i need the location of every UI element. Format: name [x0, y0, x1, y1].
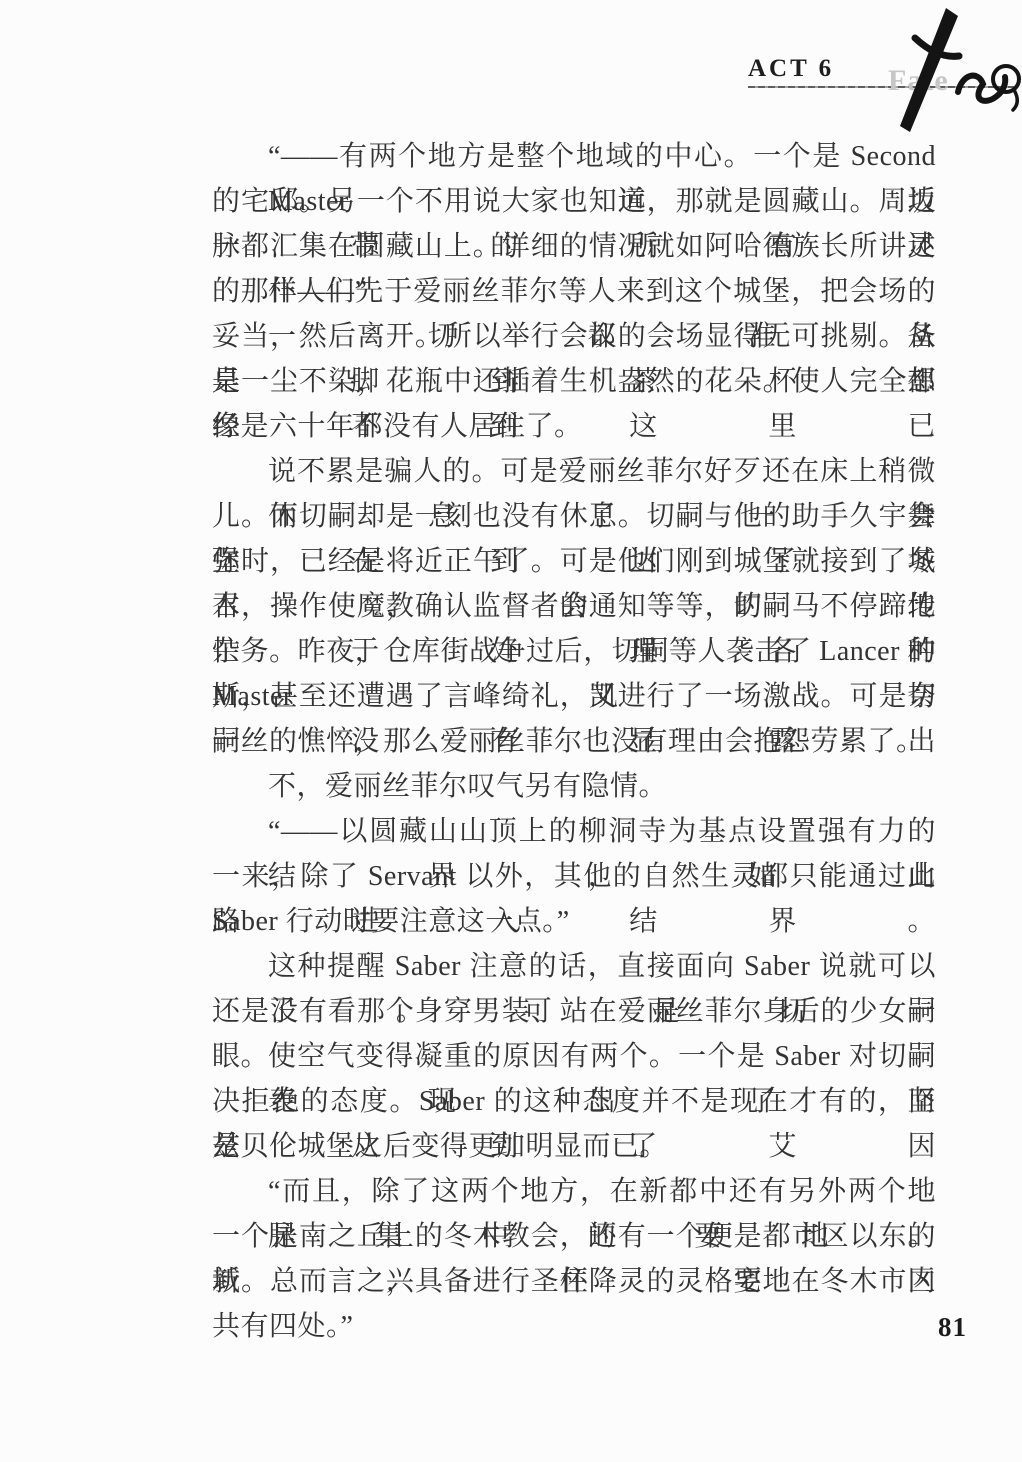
- body-text: “——有两个地方是整个地域的中心。一个是 Second Master 远坂的宅邸…: [212, 134, 936, 1304]
- text-line: 说不累是骗人的。可是爱丽丝菲尔好歹还在床上稍微休息了一会: [212, 449, 936, 494]
- page-number: 81: [938, 1312, 967, 1343]
- text-line: 域。总而言之，具备进行圣杯降灵的灵格要地在冬木市内共有四处。”: [212, 1259, 936, 1304]
- text-line: 仆人们先于爱丽丝菲尔等人来到这个城堡，把会场的一切都准备: [212, 269, 936, 314]
- text-line: 是一尘不染，花瓶中还插着生机盎然的花朵。使人完全想像不到这里已: [212, 359, 936, 404]
- text-line: 一来，除了 Servant 以外，其他的自然生灵都只能通过山路进入结界。: [212, 854, 936, 899]
- text-line: 这种提醒 Saber 注意的话，直接面向 Saber 说就可以了。可是切嗣: [212, 944, 936, 989]
- text-line: 脉都汇集在圆藏山上。详细的情况就如阿哈德族长所讲述的那样——”: [212, 224, 936, 269]
- text-line: 堡时，已经是将近正午了。可是他们刚到城堡就接到了冬木教会的传: [212, 539, 936, 584]
- text-line: 召，操作使魔，确认监督者的通知等等，切嗣马不停蹄地忙于处理各种: [212, 584, 936, 629]
- text-line: 不，爱丽丝菲尔叹气另有隐情。: [212, 764, 936, 809]
- book-page: ACT 6 Fate “——有两个地方是整个地域的中心。一个是 Second M…: [0, 0, 1022, 1462]
- text-line: 还是没有看那个身穿男装、站在爱丽丝菲尔身后的少女一眼。: [212, 989, 936, 1034]
- fate-zero-logo-icon: Fate: [858, 0, 1022, 140]
- text-line: 儿。而切嗣却是一刻也没有休息。切嗣与他的助手久宇舞弥在到达了城: [212, 494, 936, 539]
- text-line: 使空气变得凝重的原因有两个。一个是 Saber 对切嗣表现出了坚: [212, 1034, 936, 1079]
- text-line: 的宅邸。另一个不用说大家也知道，那就是圆藏山。周边一带的所有灵: [212, 179, 936, 224]
- text-line: 杂务。昨夜，仓库街战争过后，切嗣等人袭击了 Lancer 的 Master 凯奈: [212, 629, 936, 674]
- text-line: “——以圆藏山山顶上的柳洞寺为基点设置强有力的结界，如此: [212, 809, 936, 854]
- text-line: 一丝的憔悴，那么爱丽丝菲尔也没有理由会抱怨劳累了。: [212, 719, 936, 764]
- text-line: “而且，除了这两个地方，在新都中还有另外两个地脉集中的要地。: [212, 1169, 936, 1214]
- act-heading: ACT 6: [748, 55, 834, 83]
- zero-o-tail: [1013, 90, 1017, 110]
- text-line: 一个是南之丘上的冬木教会，还有一个便是都市区以东的新兴住宅区: [212, 1214, 936, 1259]
- fate-zero-logo: Fate: [858, 0, 1022, 140]
- text-line: 妥当，然后离开。所以举行会议的会场显得无可挑剔。从桌脚到茶杯都: [212, 314, 936, 359]
- text-line: 决拒绝的态度。Saber 的这种态度并不是现在才有的，而是从到了艾因: [212, 1079, 936, 1124]
- text-line: “——有两个地方是整个地域的中心。一个是 Second Master 远坂: [212, 134, 936, 179]
- text-line: 斯，甚至还遭遇了言峰绮礼，又进行了一场激战。可是切嗣没有显露出: [212, 674, 936, 719]
